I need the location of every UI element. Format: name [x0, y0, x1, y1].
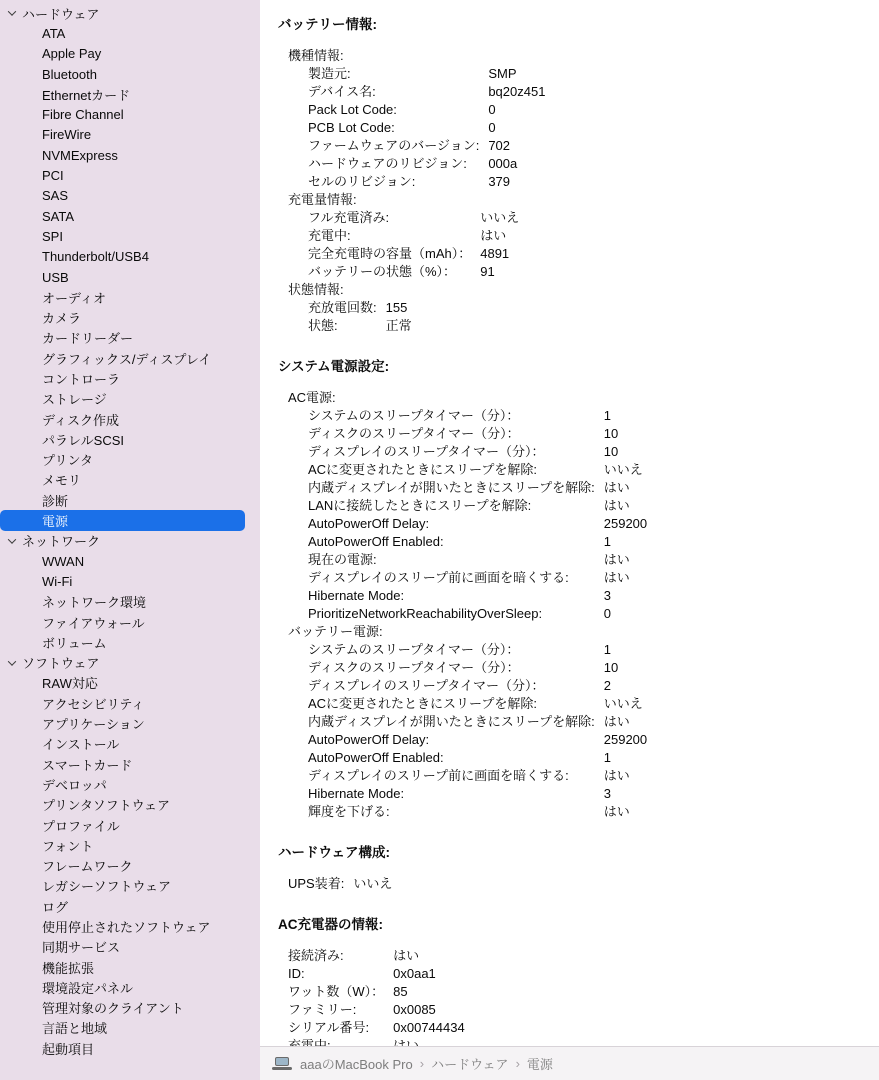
info-row: ディスプレイのスリープタイマー（分）： 2 [308, 677, 647, 695]
sidebar-group-label: ソフトウェア [22, 653, 99, 672]
section: バッテリー情報:機種情報: 製造元: SMP デバイス名: bq20z451 P… [278, 13, 859, 335]
info-row: ディスプレイのスリープ前に画面を暗くする: はい [308, 767, 647, 785]
sidebar-item[interactable]: ディスク作成 [0, 409, 260, 429]
sidebar-item-label: ディスク作成 [42, 410, 119, 429]
sidebar-item-label: 同期サービス [42, 937, 120, 956]
info-value: 3 [604, 785, 647, 803]
info-table: 製造元: SMP デバイス名: bq20z451 Pack Lot Code: … [308, 65, 545, 191]
sidebar-item-label: ファイアウォール [42, 613, 145, 632]
info-row: Hibernate Mode: 3 [308, 785, 647, 803]
info-value: 1 [604, 749, 647, 767]
sidebar-item-label: ネットワーク環境 [42, 592, 146, 611]
breadcrumb-separator: › [516, 1056, 520, 1071]
info-label: ディスクのスリープタイマー（分）： [308, 659, 604, 677]
info-value: いいえ [604, 695, 647, 713]
info-value: bq20z451 [488, 83, 545, 101]
sidebar-item[interactable]: アプリケーション [0, 713, 260, 733]
info-label: 完全充電時の容量（mAh）： [308, 245, 480, 263]
info-row: シリアル番号: 0x00744434 [288, 1019, 465, 1037]
sidebar-item[interactable]: プロファイル [0, 815, 260, 835]
info-row: ディスクのスリープタイマー（分）： 10 [308, 659, 647, 677]
info-row: PCB Lot Code: 0 [308, 119, 545, 137]
info-label: バッテリーの状態（%）： [308, 263, 480, 281]
info-row: 内蔵ディスプレイが開いたときにスリープを解除: はい [308, 713, 647, 731]
sidebar-item-label: プロファイル [42, 816, 120, 835]
sidebar-item-label: 電源 [42, 511, 68, 530]
sidebar-item-label: インストール [42, 734, 119, 753]
info-label: セルのリビジョン: [308, 173, 488, 191]
info-label: ディスプレイのスリープ前に画面を暗くする: [308, 767, 604, 785]
sidebar-item-label: SPI [42, 229, 63, 244]
info-label: 状態: [308, 317, 386, 335]
breadcrumb-item[interactable]: 電源 [527, 1054, 553, 1073]
sidebar-item[interactable]: フォント [0, 835, 260, 855]
sidebar-item-label: 使用停止されたソフトウェア [42, 917, 210, 936]
info-label: ACに変更されたときにスリープを解除: [308, 461, 604, 479]
sidebar-item[interactable]: グラフィックス/ディスプレイ [0, 348, 260, 368]
sidebar-item[interactable]: RAW対応 [0, 673, 260, 693]
content: バッテリー情報:機種情報: 製造元: SMP デバイス名: bq20z451 P… [278, 13, 859, 1055]
info-label: ディスプレイのスリープ前に画面を暗くする: [308, 569, 604, 587]
info-value: 3 [604, 587, 647, 605]
sidebar-item[interactable]: ATA [0, 23, 260, 43]
info-label: UPS装着: [288, 875, 353, 893]
info-row: 充電中: はい [308, 227, 519, 245]
info-label: 内蔵ディスプレイが開いたときにスリープを解除: [308, 479, 604, 497]
section-title: AC充電器の情報: [278, 913, 859, 933]
info-value: 10 [604, 443, 647, 461]
sidebar-item-label: 言語と地域 [42, 1018, 107, 1037]
info-value: はい [393, 947, 465, 965]
info-row: PrioritizeNetworkReachabilityOverSleep: … [308, 605, 647, 623]
info-value: 702 [488, 137, 545, 155]
info-label: AutoPowerOff Delay: [308, 515, 604, 533]
sidebar-item-label: WWAN [42, 554, 84, 569]
info-label: 製造元: [308, 65, 488, 83]
sidebar-item[interactable]: PCI [0, 165, 260, 185]
info-row: システムのスリープタイマー（分）： 1 [308, 407, 647, 425]
info-row: 充放電回数: 155 [308, 299, 412, 317]
laptop-icon [272, 1057, 292, 1070]
sidebar-item[interactable]: アクセシビリティ [0, 693, 260, 713]
info-value: 0 [488, 119, 545, 137]
sidebar-item-label: ストレージ [42, 389, 107, 408]
sidebar-item-label: SAS [42, 188, 68, 203]
breadcrumb: aaaのMacBook Pro›ハードウェア›電源 [300, 1054, 553, 1073]
group-label: AC電源: [278, 389, 859, 407]
sidebar-item-label: Wi-Fi [42, 574, 72, 589]
info-label: 輝度を下げる: [308, 803, 604, 821]
sidebar-item-label: コントローラ [42, 369, 120, 388]
sidebar-group-label: ハードウェア [22, 4, 99, 23]
sidebar-item-label: ボリューム [42, 633, 107, 652]
sidebar-item-label: 機能拡張 [42, 958, 94, 977]
info-label: ハードウェアのリビジョン: [308, 155, 488, 173]
sidebar-item-label: FireWire [42, 127, 91, 142]
info-value: はい [604, 569, 647, 587]
sidebar-item-label: Apple Pay [42, 46, 101, 61]
info-value: 0x00744434 [393, 1019, 465, 1037]
info-value: SMP [488, 65, 545, 83]
info-label: ID: [288, 965, 393, 983]
section-title: ハードウェア構成: [278, 841, 859, 861]
info-value: 155 [386, 299, 412, 317]
info-value: はい [604, 803, 647, 821]
info-row: 内蔵ディスプレイが開いたときにスリープを解除: はい [308, 479, 647, 497]
info-value: いいえ [604, 461, 647, 479]
breadcrumb-item[interactable]: aaaのMacBook Pro [300, 1054, 413, 1073]
sidebar-item-label: カードリーダー [42, 328, 133, 347]
sidebar-item-label: Bluetooth [42, 67, 97, 82]
info-label: ACに変更されたときにスリープを解除: [308, 695, 604, 713]
info-row: ACに変更されたときにスリープを解除: いいえ [308, 461, 647, 479]
info-label: ファミリー: [288, 1001, 393, 1019]
info-row: AutoPowerOff Delay: 259200 [308, 731, 647, 749]
info-value: 91 [480, 263, 519, 281]
info-value: はい [604, 479, 647, 497]
sidebar-item[interactable]: レガシーソフトウェア [0, 876, 260, 896]
sidebar-item[interactable]: SAS [0, 186, 260, 206]
sidebar-item-label: 起動項目 [42, 1039, 94, 1058]
info-value: 10 [604, 425, 647, 443]
info-row: Hibernate Mode: 3 [308, 587, 647, 605]
sidebar-item[interactable]: 環境設定パネル [0, 977, 260, 997]
sidebar-item[interactable]: 使用停止されたソフトウェア [0, 916, 260, 936]
section-title: バッテリー情報: [278, 13, 859, 33]
sidebar-item-label: 環境設定パネル [42, 978, 133, 997]
info-label: LANに接続したときにスリープを解除: [308, 497, 604, 515]
info-value: いいえ [353, 875, 392, 893]
sidebar-item[interactable]: 同期サービス [0, 937, 260, 957]
sidebar-item-label: カメラ [42, 308, 81, 327]
sidebar-item[interactable]: Ethernetカード [0, 84, 260, 104]
sidebar-item[interactable]: カメラ [0, 307, 260, 327]
sidebar-item[interactable]: 診断 [0, 490, 260, 510]
info-row: 状態: 正常 [308, 317, 412, 335]
sidebar-item-label: プリンタ [42, 450, 93, 469]
info-label: システムのスリープタイマー（分）： [308, 641, 604, 659]
sidebar-group-label: ネットワーク [22, 531, 100, 550]
sidebar-item[interactable]: メモリ [0, 470, 260, 490]
sidebar-item[interactable]: 起動項目 [0, 1038, 260, 1058]
info-value: はい [604, 551, 647, 569]
info-label: シリアル番号: [288, 1019, 393, 1037]
info-table: システムのスリープタイマー（分）： 1 ディスクのスリープタイマー（分）： 10… [308, 407, 647, 623]
breadcrumb-separator: › [420, 1056, 424, 1071]
sidebar-item-label: ATA [42, 26, 65, 41]
sidebar-item[interactable]: インストール [0, 734, 260, 754]
sidebar-item[interactable]: FireWire [0, 125, 260, 145]
sidebar-item-label: Fibre Channel [42, 107, 124, 122]
info-row: システムのスリープタイマー（分）： 1 [308, 641, 647, 659]
sidebar-item[interactable]: 機能拡張 [0, 957, 260, 977]
sidebar-item[interactable]: ボリューム [0, 632, 260, 652]
info-value: 正常 [386, 317, 412, 335]
sidebar-item-label: 診断 [42, 491, 68, 510]
sidebar-item[interactable]: Bluetooth [0, 64, 260, 84]
info-label: ファームウェアのバージョン: [308, 137, 488, 155]
info-row: Pack Lot Code: 0 [308, 101, 545, 119]
sidebar-item-label: フレームワーク [42, 856, 132, 875]
info-row: ファミリー: 0x0085 [288, 1001, 465, 1019]
info-row: 完全充電時の容量（mAh）： 4891 [308, 245, 519, 263]
info-value: はい [604, 713, 647, 731]
laptop-screen [275, 1057, 289, 1066]
sidebar-item-label: デベロッパ [42, 775, 107, 794]
info-row: セルのリビジョン: 379 [308, 173, 545, 191]
group-label: バッテリー電源: [278, 623, 859, 641]
sidebar-item-label: オーディオ [42, 288, 106, 307]
sidebar-item-label: レガシーソフトウェア [42, 876, 171, 895]
sidebar-item-label: NVMExpress [42, 148, 118, 163]
info-row: バッテリーの状態（%）： 91 [308, 263, 519, 281]
sidebar-item[interactable]: ストレージ [0, 389, 260, 409]
group-label: 充電量情報: [278, 191, 859, 209]
info-value: 0 [488, 101, 545, 119]
info-value: 379 [488, 173, 545, 191]
sidebar[interactable]: ハードウェア ATA Apple Pay Bluetooth Ethernetカ… [0, 0, 260, 1080]
info-row: ハードウェアのリビジョン: 000a [308, 155, 545, 173]
info-row: AutoPowerOff Delay: 259200 [308, 515, 647, 533]
info-value: 0 [604, 605, 647, 623]
sidebar-item-label: フォント [42, 836, 93, 855]
sidebar-group[interactable]: ソフトウェア [0, 653, 260, 673]
sidebar-item[interactable]: ファイアウォール [0, 612, 260, 632]
info-label: AutoPowerOff Enabled: [308, 533, 604, 551]
info-value: 1 [604, 533, 647, 551]
section: ハードウェア構成: UPS装着: いいえ [278, 841, 859, 893]
info-row: フル充電済み: いいえ [308, 209, 519, 227]
info-label: フル充電済み: [308, 209, 480, 227]
info-label: AutoPowerOff Enabled: [308, 749, 604, 767]
sidebar-item-label: プリンタソフトウェア [42, 795, 170, 814]
sidebar-item[interactable]: パラレルSCSI [0, 429, 260, 449]
sidebar-item-label: Ethernetカード [42, 85, 130, 104]
sidebar-item-label: アクセシビリティ [42, 694, 144, 713]
info-value: 259200 [604, 515, 647, 533]
chevron-down-icon[interactable] [8, 657, 16, 665]
sidebar-item[interactable]: コントローラ [0, 368, 260, 388]
info-value: はい [604, 497, 647, 515]
info-row: ディスプレイのスリープタイマー（分）： 10 [308, 443, 647, 461]
sidebar-item-label: アプリケーション [42, 714, 145, 733]
info-table: システムのスリープタイマー（分）： 1 ディスクのスリープタイマー（分）： 10… [308, 641, 647, 821]
chevron-down-icon[interactable] [8, 535, 16, 543]
info-label: Hibernate Mode: [308, 785, 604, 803]
sidebar-item[interactable]: ログ [0, 896, 260, 916]
sidebar-item-label: RAW対応 [42, 673, 98, 692]
breadcrumb-item[interactable]: ハードウェア [431, 1054, 508, 1073]
sidebar-item-label: パラレルSCSI [42, 430, 124, 449]
sidebar-item[interactable]: プリンタ [0, 450, 260, 470]
info-row: UPS装着: いいえ [288, 875, 392, 893]
sidebar-item[interactable]: Apple Pay [0, 44, 260, 64]
sidebar-item[interactable]: Fibre Channel [0, 104, 260, 124]
sidebar-item[interactable]: オーディオ [0, 287, 260, 307]
info-table: 充放電回数: 155 状態: 正常 [308, 299, 412, 335]
info-value: 000a [488, 155, 545, 173]
chevron-down-icon[interactable] [8, 7, 16, 15]
section: システム電源設定:AC電源: システムのスリープタイマー（分）： 1 ディスクの… [278, 355, 859, 821]
sidebar-item[interactable]: NVMExpress [0, 145, 260, 165]
info-value: はい [480, 227, 519, 245]
info-label: ディスプレイのスリープタイマー（分）： [308, 443, 604, 461]
info-value: 1 [604, 407, 647, 425]
info-row: ファームウェアのバージョン: 702 [308, 137, 545, 155]
sidebar-item-label: メモリ [42, 470, 81, 489]
info-label: 現在の電源: [308, 551, 604, 569]
info-label: 内蔵ディスプレイが開いたときにスリープを解除: [308, 713, 604, 731]
sidebar-group[interactable]: ハードウェア [0, 3, 260, 23]
info-value: 85 [393, 983, 465, 1001]
info-label: システムのスリープタイマー（分）： [308, 407, 604, 425]
info-label: Pack Lot Code: [308, 101, 488, 119]
sidebar-item[interactable]: 管理対象のクライアント [0, 998, 260, 1018]
sidebar-item-label: 管理対象のクライアント [42, 998, 184, 1017]
info-row: ディスクのスリープタイマー（分）： 10 [308, 425, 647, 443]
info-table: フル充電済み: いいえ 充電中: はい 完全充電時の容量（mAh）： 4891 … [308, 209, 519, 281]
info-row: 現在の電源: はい [308, 551, 647, 569]
sidebar-item[interactable]: ネットワーク環境 [0, 592, 260, 612]
sidebar-item[interactable]: カードリーダー [0, 328, 260, 348]
info-label: ワット数（W）： [288, 983, 393, 1001]
sidebar-item[interactable]: SPI [0, 226, 260, 246]
sidebar-item-label: ログ [42, 897, 68, 916]
section-title: システム電源設定: [278, 355, 859, 375]
info-value: 0x0aa1 [393, 965, 465, 983]
sidebar-item[interactable]: USB [0, 267, 260, 287]
info-table: 接続済み: はい ID: 0x0aa1 ワット数（W）： 85 ファミリー: 0… [288, 947, 465, 1055]
sidebar-item[interactable]: プリンタソフトウェア [0, 795, 260, 815]
info-label: Hibernate Mode: [308, 587, 604, 605]
info-value: はい [604, 767, 647, 785]
info-label: PrioritizeNetworkReachabilityOverSleep: [308, 605, 604, 623]
group-label: 状態情報: [278, 281, 859, 299]
info-label: AutoPowerOff Delay: [308, 731, 604, 749]
info-table: UPS装着: いいえ [288, 875, 392, 893]
sidebar-item[interactable]: スマートカード [0, 754, 260, 774]
sidebar-item-label: グラフィックス/ディスプレイ [42, 349, 211, 368]
sidebar-item-label: USB [42, 270, 69, 285]
info-row: ワット数（W）： 85 [288, 983, 465, 1001]
sidebar-item[interactable]: 電源 [0, 510, 245, 530]
info-label: ディスクのスリープタイマー（分）： [308, 425, 604, 443]
info-row: LANに接続したときにスリープを解除: はい [308, 497, 647, 515]
info-label: 充電中: [308, 227, 480, 245]
info-row: AutoPowerOff Enabled: 1 [308, 533, 647, 551]
sidebar-item[interactable]: デベロッパ [0, 774, 260, 794]
sidebar-item[interactable]: フレームワーク [0, 855, 260, 875]
sidebar-item[interactable]: SATA [0, 206, 260, 226]
detail-pane[interactable]: バッテリー情報:機種情報: 製造元: SMP デバイス名: bq20z451 P… [260, 0, 879, 1080]
info-value: 0x0085 [393, 1001, 465, 1019]
info-row: 輝度を下げる: はい [308, 803, 647, 821]
info-row: 接続済み: はい [288, 947, 465, 965]
sidebar-item-label: スマートカード [42, 755, 132, 774]
sidebar-item[interactable]: Wi-Fi [0, 571, 260, 591]
info-row: ID: 0x0aa1 [288, 965, 465, 983]
info-row: 製造元: SMP [308, 65, 545, 83]
sidebar-item-label: SATA [42, 209, 74, 224]
info-value: 259200 [604, 731, 647, 749]
sidebar-item-label: PCI [42, 168, 64, 183]
info-row: ACに変更されたときにスリープを解除: いいえ [308, 695, 647, 713]
info-label: 充放電回数: [308, 299, 386, 317]
info-value: 2 [604, 677, 647, 695]
laptop-base [272, 1067, 292, 1070]
info-value: いいえ [480, 209, 519, 227]
status-bar: aaaのMacBook Pro›ハードウェア›電源 [260, 1046, 879, 1080]
info-value: 4891 [480, 245, 519, 263]
info-label: 接続済み: [288, 947, 393, 965]
section: AC充電器の情報: 接続済み: はい ID: 0x0aa1 ワット数（W）： 8… [278, 913, 859, 1055]
info-row: デバイス名: bq20z451 [308, 83, 545, 101]
sidebar-item[interactable]: WWAN [0, 551, 260, 571]
info-label: デバイス名: [308, 83, 488, 101]
sidebar-item-label: Thunderbolt/USB4 [42, 249, 149, 264]
sidebar-group[interactable]: ネットワーク [0, 531, 260, 551]
info-row: AutoPowerOff Enabled: 1 [308, 749, 647, 767]
sidebar-item[interactable]: Thunderbolt/USB4 [0, 247, 260, 267]
info-label: PCB Lot Code: [308, 119, 488, 137]
group-label: 機種情報: [278, 47, 859, 65]
info-value: 1 [604, 641, 647, 659]
sidebar-item[interactable]: 言語と地域 [0, 1018, 260, 1038]
info-row: ディスプレイのスリープ前に画面を暗くする: はい [308, 569, 647, 587]
info-label: ディスプレイのスリープタイマー（分）： [308, 677, 604, 695]
info-value: 10 [604, 659, 647, 677]
